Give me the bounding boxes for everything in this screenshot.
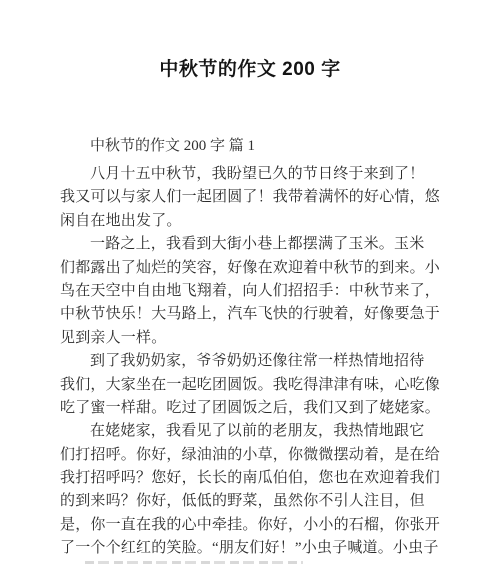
- essay-line: 中秋节快乐！大马路上，汽车飞快的行驶着，好像要急于: [60, 303, 446, 326]
- essay-line: 们打招呼。你好，绿油油的小草，你微微摆动着，是在给: [60, 444, 446, 467]
- essay-line: 鸟在天空中自由地飞翔着，向人们招招手：中秋节来了，: [60, 280, 446, 303]
- page-title: 中秋节的作文 200 字: [0, 58, 500, 82]
- section-heading: 中秋节的作文 200 字 篇 1: [90, 136, 255, 156]
- essay-line: 我们，大家坐在一起吃团圆饭。我吃得津津有味，心吃像: [60, 374, 446, 397]
- essay-line: 一路之上，我看到大街小巷上都摆满了玉米。玉米: [60, 233, 446, 256]
- essay-line: 闲自在地出发了。: [60, 210, 446, 233]
- essay-line: 我又可以与家人们一起团圆了！我带着满怀的好心情，悠: [60, 186, 446, 209]
- document-page: 中秋节的作文 200 字 中秋节的作文 200 字 篇 1 八月十五中秋节，我盼…: [0, 0, 500, 565]
- essay-line: 的到来吗？你好，低低的野菜，虽然你不引人注目，但: [60, 490, 446, 513]
- essay-line: 了一个个红红的笑脸。“朋友们好！”小虫子喊道。小虫子: [60, 537, 446, 560]
- essay-line: 八月十五中秋节，我盼望已久的节日终于来到了！: [60, 163, 446, 186]
- essay-line: 见到亲人一样。: [60, 327, 446, 350]
- essay-body: 八月十五中秋节，我盼望已久的节日终于来到了！我又可以与家人们一起团圆了！我带着满…: [60, 163, 446, 561]
- essay-line: 到了我奶奶家，爷爷奶奶还像往常一样热情地招待: [60, 350, 446, 373]
- essay-line: 我打招呼吗？您好，长长的南瓜伯伯，您也在欢迎着我们: [60, 467, 446, 490]
- essay-line: 是，你一直在我的心中牵挂。你好，小小的石榴，你张开: [60, 514, 446, 537]
- essay-line: 吃了蜜一样甜。吃过了团圆饭之后，我们又到了姥姥家。: [60, 397, 446, 420]
- clipped-next-line: [85, 561, 303, 564]
- essay-line: 在姥姥家，我看见了以前的老朋友，我热情地跟它: [60, 420, 446, 443]
- essay-line: 们都露出了灿烂的笑容，好像在欢迎着中秋节的到来。小: [60, 257, 446, 280]
